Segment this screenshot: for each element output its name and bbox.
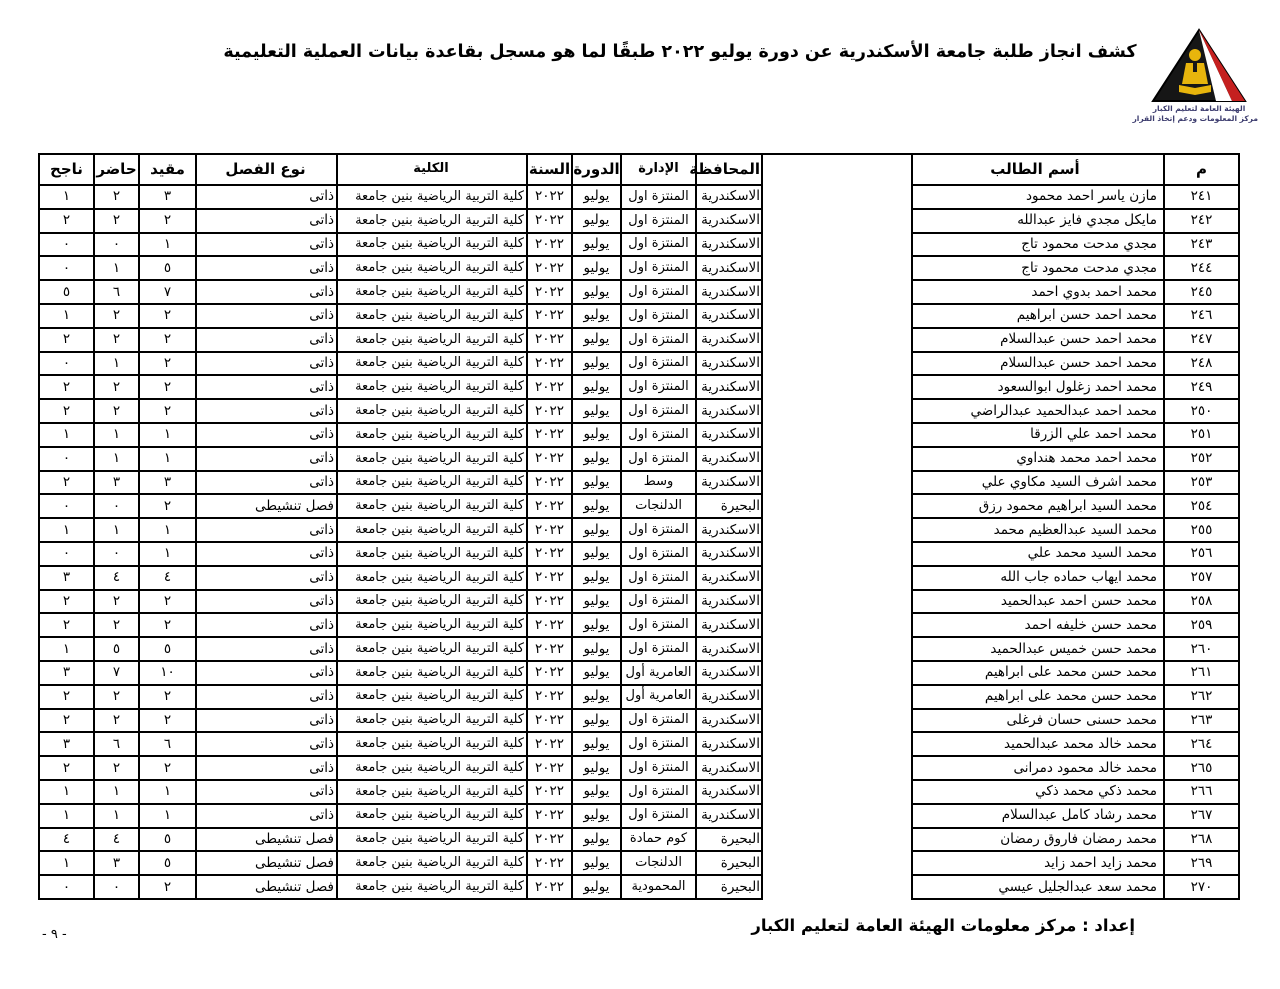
cell-enrolled: ٢ [139,875,196,899]
cell-student-name: محمد خالد محمد عبدالحميد [912,732,1164,756]
table-row: ٢٤٧محمد احمد حسن عبدالسلامالاسكندريةالمن… [39,328,1239,352]
cell-student-name: مايكل مجدي فايز عبدالله [912,209,1164,233]
cell-student-name: محمد حسن احمد عبدالحميد [912,590,1164,614]
cell-serial: ٢٤١ [1164,185,1239,209]
cell-spacer [762,542,912,566]
cell-serial: ٢٤٨ [1164,352,1239,376]
cell-serial: ٢٥٥ [1164,518,1239,542]
cell-session: يوليو [572,256,621,280]
cell-class-type: ذاتى [196,304,337,328]
cell-session: يوليو [572,851,621,875]
cell-passed: ١ [39,518,94,542]
cell-student-name: محمد السيد محمد علي [912,542,1164,566]
cell-class-type: ذاتى [196,471,337,495]
cell-serial: ٢٤٤ [1164,256,1239,280]
cell-student-name: محمد ايهاب حماده جاب الله [912,566,1164,590]
cell-college: كلية التربية الرياضية بنين جامعة [337,851,527,875]
cell-spacer [762,590,912,614]
cell-passed: ٠ [39,352,94,376]
cell-administration: المنتزة اول [621,566,696,590]
cell-class-type: ذاتى [196,613,337,637]
cell-serial: ٢٥٣ [1164,471,1239,495]
cell-passed: ١ [39,851,94,875]
column-header: المحافظة [696,154,762,185]
table-row: ٢٤٦محمد احمد حسن ابراهيمالاسكندريةالمنتز… [39,304,1239,328]
table-row: ٢٥٨محمد حسن احمد عبدالحميدالاسكندريةالمن… [39,590,1239,614]
cell-governorate: الاسكندرية [696,756,762,780]
cell-college: كلية التربية الرياضية بنين جامعة [337,804,527,828]
cell-administration: المنتزة اول [621,423,696,447]
cell-serial: ٢٦٤ [1164,732,1239,756]
cell-serial: ٢٤٢ [1164,209,1239,233]
cell-class-type: فصل تنشيطى [196,875,337,899]
cell-student-name: محمد حسنى حسان فرغلى [912,709,1164,733]
cell-class-type: ذاتى [196,590,337,614]
cell-year: ٢٠٢٢ [527,804,572,828]
cell-college: كلية التربية الرياضية بنين جامعة [337,732,527,756]
cell-spacer [762,471,912,495]
cell-class-type: فصل تنشيطى [196,851,337,875]
cell-class-type: ذاتى [196,375,337,399]
cell-governorate: الاسكندرية [696,352,762,376]
cell-governorate: الاسكندرية [696,328,762,352]
cell-enrolled: ٣ [139,185,196,209]
column-header: حاضر [94,154,139,185]
cell-year: ٢٠٢٢ [527,352,572,376]
cell-year: ٢٠٢٢ [527,280,572,304]
cell-governorate: الاسكندرية [696,447,762,471]
cell-session: يوليو [572,709,621,733]
cell-year: ٢٠٢٢ [527,637,572,661]
cell-class-type: ذاتى [196,709,337,733]
cell-spacer [762,447,912,471]
cell-college: كلية التربية الرياضية بنين جامعة [337,828,527,852]
cell-session: يوليو [572,494,621,518]
cell-spacer [762,875,912,899]
cell-enrolled: ٢ [139,328,196,352]
cell-serial: ٢٥٧ [1164,566,1239,590]
cell-session: يوليو [572,352,621,376]
cell-serial: ٢٥٤ [1164,494,1239,518]
cell-governorate: الاسكندرية [696,542,762,566]
cell-class-type: ذاتى [196,280,337,304]
cell-administration: المنتزة اول [621,304,696,328]
table-row: ٢٥٩محمد حسن خليفه احمدالاسكندريةالمنتزة … [39,613,1239,637]
cell-year: ٢٠٢٢ [527,756,572,780]
cell-year: ٢٠٢٢ [527,233,572,257]
cell-administration: الدلنجات [621,851,696,875]
cell-spacer [762,828,912,852]
cell-college: كلية التربية الرياضية بنين جامعة [337,542,527,566]
cell-governorate: الاسكندرية [696,209,762,233]
cell-student-name: محمد احمد زغلول ابوالسعود [912,375,1164,399]
table-row: ٢٦٠محمد حسن خميس عبدالحميدالاسكندريةالمن… [39,637,1239,661]
cell-present: ١ [94,256,139,280]
cell-college: كلية التربية الرياضية بنين جامعة [337,471,527,495]
cell-passed: ٢ [39,590,94,614]
cell-student-name: محمد حسن محمد على ابراهيم [912,661,1164,685]
cell-passed: ٢ [39,375,94,399]
table-row: ٢٤٣مجدي مدحت محمود تاجالاسكندريةالمنتزة … [39,233,1239,257]
cell-student-name: محمد احمد حسن ابراهيم [912,304,1164,328]
cell-present: ٠ [94,233,139,257]
cell-passed: ١ [39,637,94,661]
cell-spacer [762,637,912,661]
cell-student-name: محمد ذكي محمد ذكي [912,780,1164,804]
cell-spacer [762,185,912,209]
cell-passed: ٢ [39,613,94,637]
cell-session: يوليو [572,875,621,899]
cell-administration: المنتزة اول [621,185,696,209]
cell-present: ٣ [94,851,139,875]
cell-class-type: ذاتى [196,732,337,756]
cell-session: يوليو [572,566,621,590]
cell-student-name: محمد خالد محمود دمرانى [912,756,1164,780]
pyramid-logo-icon [1150,28,1248,104]
cell-governorate: الاسكندرية [696,471,762,495]
cell-enrolled: ٢ [139,756,196,780]
cell-passed: ٤ [39,828,94,852]
cell-present: ١ [94,423,139,447]
cell-spacer [762,732,912,756]
cell-administration: المنتزة اول [621,613,696,637]
cell-college: كلية التربية الرياضية بنين جامعة [337,661,527,685]
cell-college: كلية التربية الرياضية بنين جامعة [337,375,527,399]
cell-class-type: ذاتى [196,637,337,661]
cell-passed: ٢ [39,709,94,733]
cell-governorate: الاسكندرية [696,804,762,828]
cell-present: ٦ [94,280,139,304]
cell-class-type: ذاتى [196,233,337,257]
cell-present: ٠ [94,494,139,518]
document-page: الهيئة العامة لتعليم الكبار مركز المعلوم… [0,0,1280,989]
cell-class-type: ذاتى [196,256,337,280]
cell-spacer [762,209,912,233]
cell-session: يوليو [572,661,621,685]
cell-spacer [762,399,912,423]
cell-enrolled: ٢ [139,304,196,328]
table-row: ٢٦٢محمد حسن محمد على ابراهيمالاسكندريةال… [39,685,1239,709]
cell-spacer [762,685,912,709]
cell-spacer [762,756,912,780]
cell-year: ٢٠٢٢ [527,709,572,733]
cell-serial: ٢٤٧ [1164,328,1239,352]
cell-class-type: ذاتى [196,423,337,447]
cell-year: ٢٠٢٢ [527,780,572,804]
cell-college: كلية التربية الرياضية بنين جامعة [337,233,527,257]
cell-administration: المنتزة اول [621,542,696,566]
cell-governorate: الاسكندرية [696,590,762,614]
prepared-by-note: إعداد : مركز معلومات الهيئة العامة لتعلي… [751,916,1135,935]
cell-year: ٢٠٢٢ [527,185,572,209]
column-header: الدورة [572,154,621,185]
cell-passed: ٠ [39,542,94,566]
table-row: ٢٧٠محمد سعد عبدالجليل عيسيالبحيرةالمحمود… [39,875,1239,899]
cell-enrolled: ١ [139,804,196,828]
cell-administration: المنتزة اول [621,804,696,828]
cell-governorate: الاسكندرية [696,780,762,804]
cell-student-name: محمد السيد عبدالعظيم محمد [912,518,1164,542]
cell-present: ٢ [94,304,139,328]
cell-class-type: فصل تنشيطى [196,828,337,852]
cell-enrolled: ٢ [139,209,196,233]
column-header: ناجح [39,154,94,185]
cell-present: ٢ [94,375,139,399]
cell-administration: المنتزة اول [621,375,696,399]
cell-college: كلية التربية الرياضية بنين جامعة [337,590,527,614]
cell-spacer [762,494,912,518]
column-header-spacer [762,154,912,185]
cell-student-name: محمد حسن محمد على ابراهيم [912,685,1164,709]
cell-passed: ٥ [39,280,94,304]
cell-enrolled: ٥ [139,851,196,875]
cell-passed: ١ [39,423,94,447]
column-header: م [1164,154,1239,185]
cell-spacer [762,304,912,328]
cell-serial: ٢٤٥ [1164,280,1239,304]
cell-passed: ٠ [39,875,94,899]
cell-year: ٢٠٢٢ [527,399,572,423]
cell-administration: المنتزة اول [621,256,696,280]
cell-college: كلية التربية الرياضية بنين جامعة [337,328,527,352]
cell-spacer [762,280,912,304]
cell-spacer [762,780,912,804]
cell-college: كلية التربية الرياضية بنين جامعة [337,423,527,447]
cell-present: ١ [94,518,139,542]
cell-governorate: الاسكندرية [696,399,762,423]
cell-enrolled: ٣ [139,471,196,495]
table-row: ٢٤٤مجدي مدحت محمود تاجالاسكندريةالمنتزة … [39,256,1239,280]
table-row: ٢٦٣محمد حسنى حسان فرغلىالاسكندريةالمنتزة… [39,709,1239,733]
cell-passed: ٢ [39,209,94,233]
cell-year: ٢٠٢٢ [527,471,572,495]
cell-student-name: محمد السيد ابراهيم محمود رزق [912,494,1164,518]
cell-spacer [762,709,912,733]
table-row: ٢٦٩محمد زايد احمد زايدالبحيرةالدلنجاتيول… [39,851,1239,875]
cell-year: ٢٠٢٢ [527,494,572,518]
cell-present: ٣ [94,471,139,495]
cell-student-name: محمد رمضان فاروق رمضان [912,828,1164,852]
cell-student-name: محمد احمد محمد هنداوي [912,447,1164,471]
cell-administration: الدلنجات [621,494,696,518]
cell-class-type: ذاتى [196,209,337,233]
cell-passed: ٣ [39,566,94,590]
cell-enrolled: ٥ [139,637,196,661]
cell-college: كلية التربية الرياضية بنين جامعة [337,518,527,542]
cell-college: كلية التربية الرياضية بنين جامعة [337,209,527,233]
cell-governorate: الاسكندرية [696,685,762,709]
cell-administration: المنتزة اول [621,709,696,733]
cell-session: يوليو [572,471,621,495]
cell-administration: المنتزة اول [621,399,696,423]
cell-session: يوليو [572,804,621,828]
cell-governorate: البحيرة [696,851,762,875]
cell-session: يوليو [572,828,621,852]
cell-class-type: ذاتى [196,685,337,709]
cell-enrolled: ١ [139,542,196,566]
column-header: أسم الطالب [912,154,1164,185]
cell-administration: المنتزة اول [621,637,696,661]
cell-serial: ٢٦٣ [1164,709,1239,733]
cell-serial: ٢٥٩ [1164,613,1239,637]
cell-year: ٢٠٢٢ [527,613,572,637]
cell-serial: ٢٥٠ [1164,399,1239,423]
cell-year: ٢٠٢٢ [527,375,572,399]
cell-enrolled: ٧ [139,280,196,304]
column-header: الكلية [337,154,527,185]
cell-governorate: الاسكندرية [696,518,762,542]
table-row: ٢٤٨محمد احمد حسن عبدالسلامالاسكندريةالمن… [39,352,1239,376]
cell-student-name: مجدي مدحت محمود تاج [912,233,1164,257]
cell-passed: ٢ [39,399,94,423]
cell-passed: ٢ [39,471,94,495]
cell-enrolled: ٢ [139,399,196,423]
cell-class-type: ذاتى [196,542,337,566]
cell-student-name: محمد احمد عبدالحميد عبدالراضي [912,399,1164,423]
column-header: السنة [527,154,572,185]
cell-enrolled: ٢ [139,494,196,518]
cell-administration: المنتزة اول [621,732,696,756]
cell-present: ٢ [94,685,139,709]
cell-serial: ٢٤٣ [1164,233,1239,257]
cell-year: ٢٠٢٢ [527,685,572,709]
cell-present: ١ [94,447,139,471]
cell-spacer [762,566,912,590]
cell-year: ٢٠٢٢ [527,851,572,875]
cell-class-type: ذاتى [196,399,337,423]
cell-spacer [762,328,912,352]
cell-class-type: ذاتى [196,566,337,590]
cell-session: يوليو [572,447,621,471]
cell-serial: ٢٤٩ [1164,375,1239,399]
cell-session: يوليو [572,185,621,209]
cell-student-name: مازن ياسر احمد محمود [912,185,1164,209]
cell-spacer [762,518,912,542]
cell-enrolled: ٢ [139,709,196,733]
cell-session: يوليو [572,209,621,233]
cell-governorate: البحيرة [696,494,762,518]
cell-enrolled: ٢ [139,590,196,614]
cell-administration: وسط [621,471,696,495]
cell-class-type: ذاتى [196,185,337,209]
cell-present: ٠ [94,542,139,566]
cell-passed: ٢ [39,328,94,352]
cell-session: يوليو [572,685,621,709]
cell-spacer [762,375,912,399]
cell-passed: ٢ [39,685,94,709]
cell-administration: المنتزة اول [621,328,696,352]
cell-passed: ٠ [39,494,94,518]
table-row: ٢٥٥محمد السيد عبدالعظيم محمدالاسكندريةال… [39,518,1239,542]
cell-enrolled: ٢ [139,352,196,376]
cell-class-type: ذاتى [196,352,337,376]
cell-college: كلية التربية الرياضية بنين جامعة [337,566,527,590]
cell-administration: كوم حمادة [621,828,696,852]
cell-year: ٢٠٢٢ [527,256,572,280]
cell-present: ٢ [94,209,139,233]
cell-serial: ٢٥٨ [1164,590,1239,614]
cell-enrolled: ٢ [139,375,196,399]
table-row: ٢٥٤محمد السيد ابراهيم محمود رزقالبحيرةال… [39,494,1239,518]
cell-college: كلية التربية الرياضية بنين جامعة [337,780,527,804]
cell-passed: ١ [39,185,94,209]
cell-session: يوليو [572,590,621,614]
cell-student-name: محمد حسن خليفه احمد [912,613,1164,637]
column-header: مقيد [139,154,196,185]
cell-student-name: محمد احمد حسن عبدالسلام [912,352,1164,376]
cell-enrolled: ١ [139,780,196,804]
cell-governorate: الاسكندرية [696,375,762,399]
cell-present: ٤ [94,828,139,852]
cell-enrolled: ١٠ [139,661,196,685]
cell-class-type: ذاتى [196,328,337,352]
cell-year: ٢٠٢٢ [527,423,572,447]
cell-session: يوليو [572,518,621,542]
cell-college: كلية التربية الرياضية بنين جامعة [337,280,527,304]
cell-enrolled: ٥ [139,828,196,852]
table-row: ٢٤٩محمد احمد زغلول ابوالسعودالاسكندريةال… [39,375,1239,399]
cell-session: يوليو [572,233,621,257]
cell-session: يوليو [572,613,621,637]
cell-class-type: ذاتى [196,780,337,804]
cell-enrolled: ١ [139,518,196,542]
cell-present: ٥ [94,637,139,661]
cell-present: ٢ [94,756,139,780]
cell-present: ٧ [94,661,139,685]
cell-administration: المنتزة اول [621,280,696,304]
cell-administration: المحمودية [621,875,696,899]
table-header: مأسم الطالبالمحافظةالإدارةالدورةالسنةالك… [39,154,1239,185]
cell-governorate: البحيرة [696,828,762,852]
table-row: ٢٥٢محمد احمد محمد هنداويالاسكندريةالمنتز… [39,447,1239,471]
cell-enrolled: ١ [139,447,196,471]
cell-passed: ٠ [39,233,94,257]
cell-college: كلية التربية الرياضية بنين جامعة [337,256,527,280]
cell-passed: ١ [39,780,94,804]
cell-year: ٢٠٢٢ [527,590,572,614]
table-row: ٢٥٠محمد احمد عبدالحميد عبدالراضيالاسكندر… [39,399,1239,423]
table-row: ٢٥٦محمد السيد محمد عليالاسكندريةالمنتزة … [39,542,1239,566]
cell-serial: ٢٦٠ [1164,637,1239,661]
cell-session: يوليو [572,304,621,328]
cell-present: ٢ [94,328,139,352]
table-row: ٢٦٦محمد ذكي محمد ذكيالاسكندريةالمنتزة او… [39,780,1239,804]
table-row: ٢٦٨محمد رمضان فاروق رمضانالبحيرةكوم حماد… [39,828,1239,852]
students-achievement-table: مأسم الطالبالمحافظةالإدارةالدورةالسنةالك… [38,153,1240,900]
cell-serial: ٢٦٧ [1164,804,1239,828]
cell-serial: ٢٦٦ [1164,780,1239,804]
organization-subname: مركز المعلومات ودعم إتخاذ القرار [1140,114,1258,124]
cell-year: ٢٠٢٢ [527,566,572,590]
table-row: ٢٤٢مايكل مجدي فايز عبداللهالاسكندريةالمن… [39,209,1239,233]
cell-present: ٦ [94,732,139,756]
cell-governorate: الاسكندرية [696,732,762,756]
cell-administration: المنتزة اول [621,780,696,804]
cell-administration: المنتزة اول [621,233,696,257]
cell-college: كلية التربية الرياضية بنين جامعة [337,494,527,518]
cell-serial: ٢٥١ [1164,423,1239,447]
cell-passed: ٢ [39,756,94,780]
cell-enrolled: ١ [139,423,196,447]
table-row: ٢٤٥محمد احمد بدوي احمدالاسكندريةالمنتزة … [39,280,1239,304]
cell-student-name: محمد رشاد كامل عبدالسلام [912,804,1164,828]
cell-spacer [762,613,912,637]
cell-year: ٢٠٢٢ [527,518,572,542]
table-row: ٢٦٤محمد خالد محمد عبدالحميدالاسكندريةالم… [39,732,1239,756]
cell-governorate: الاسكندرية [696,233,762,257]
cell-administration: المنتزة اول [621,756,696,780]
cell-student-name: محمد احمد حسن عبدالسلام [912,328,1164,352]
